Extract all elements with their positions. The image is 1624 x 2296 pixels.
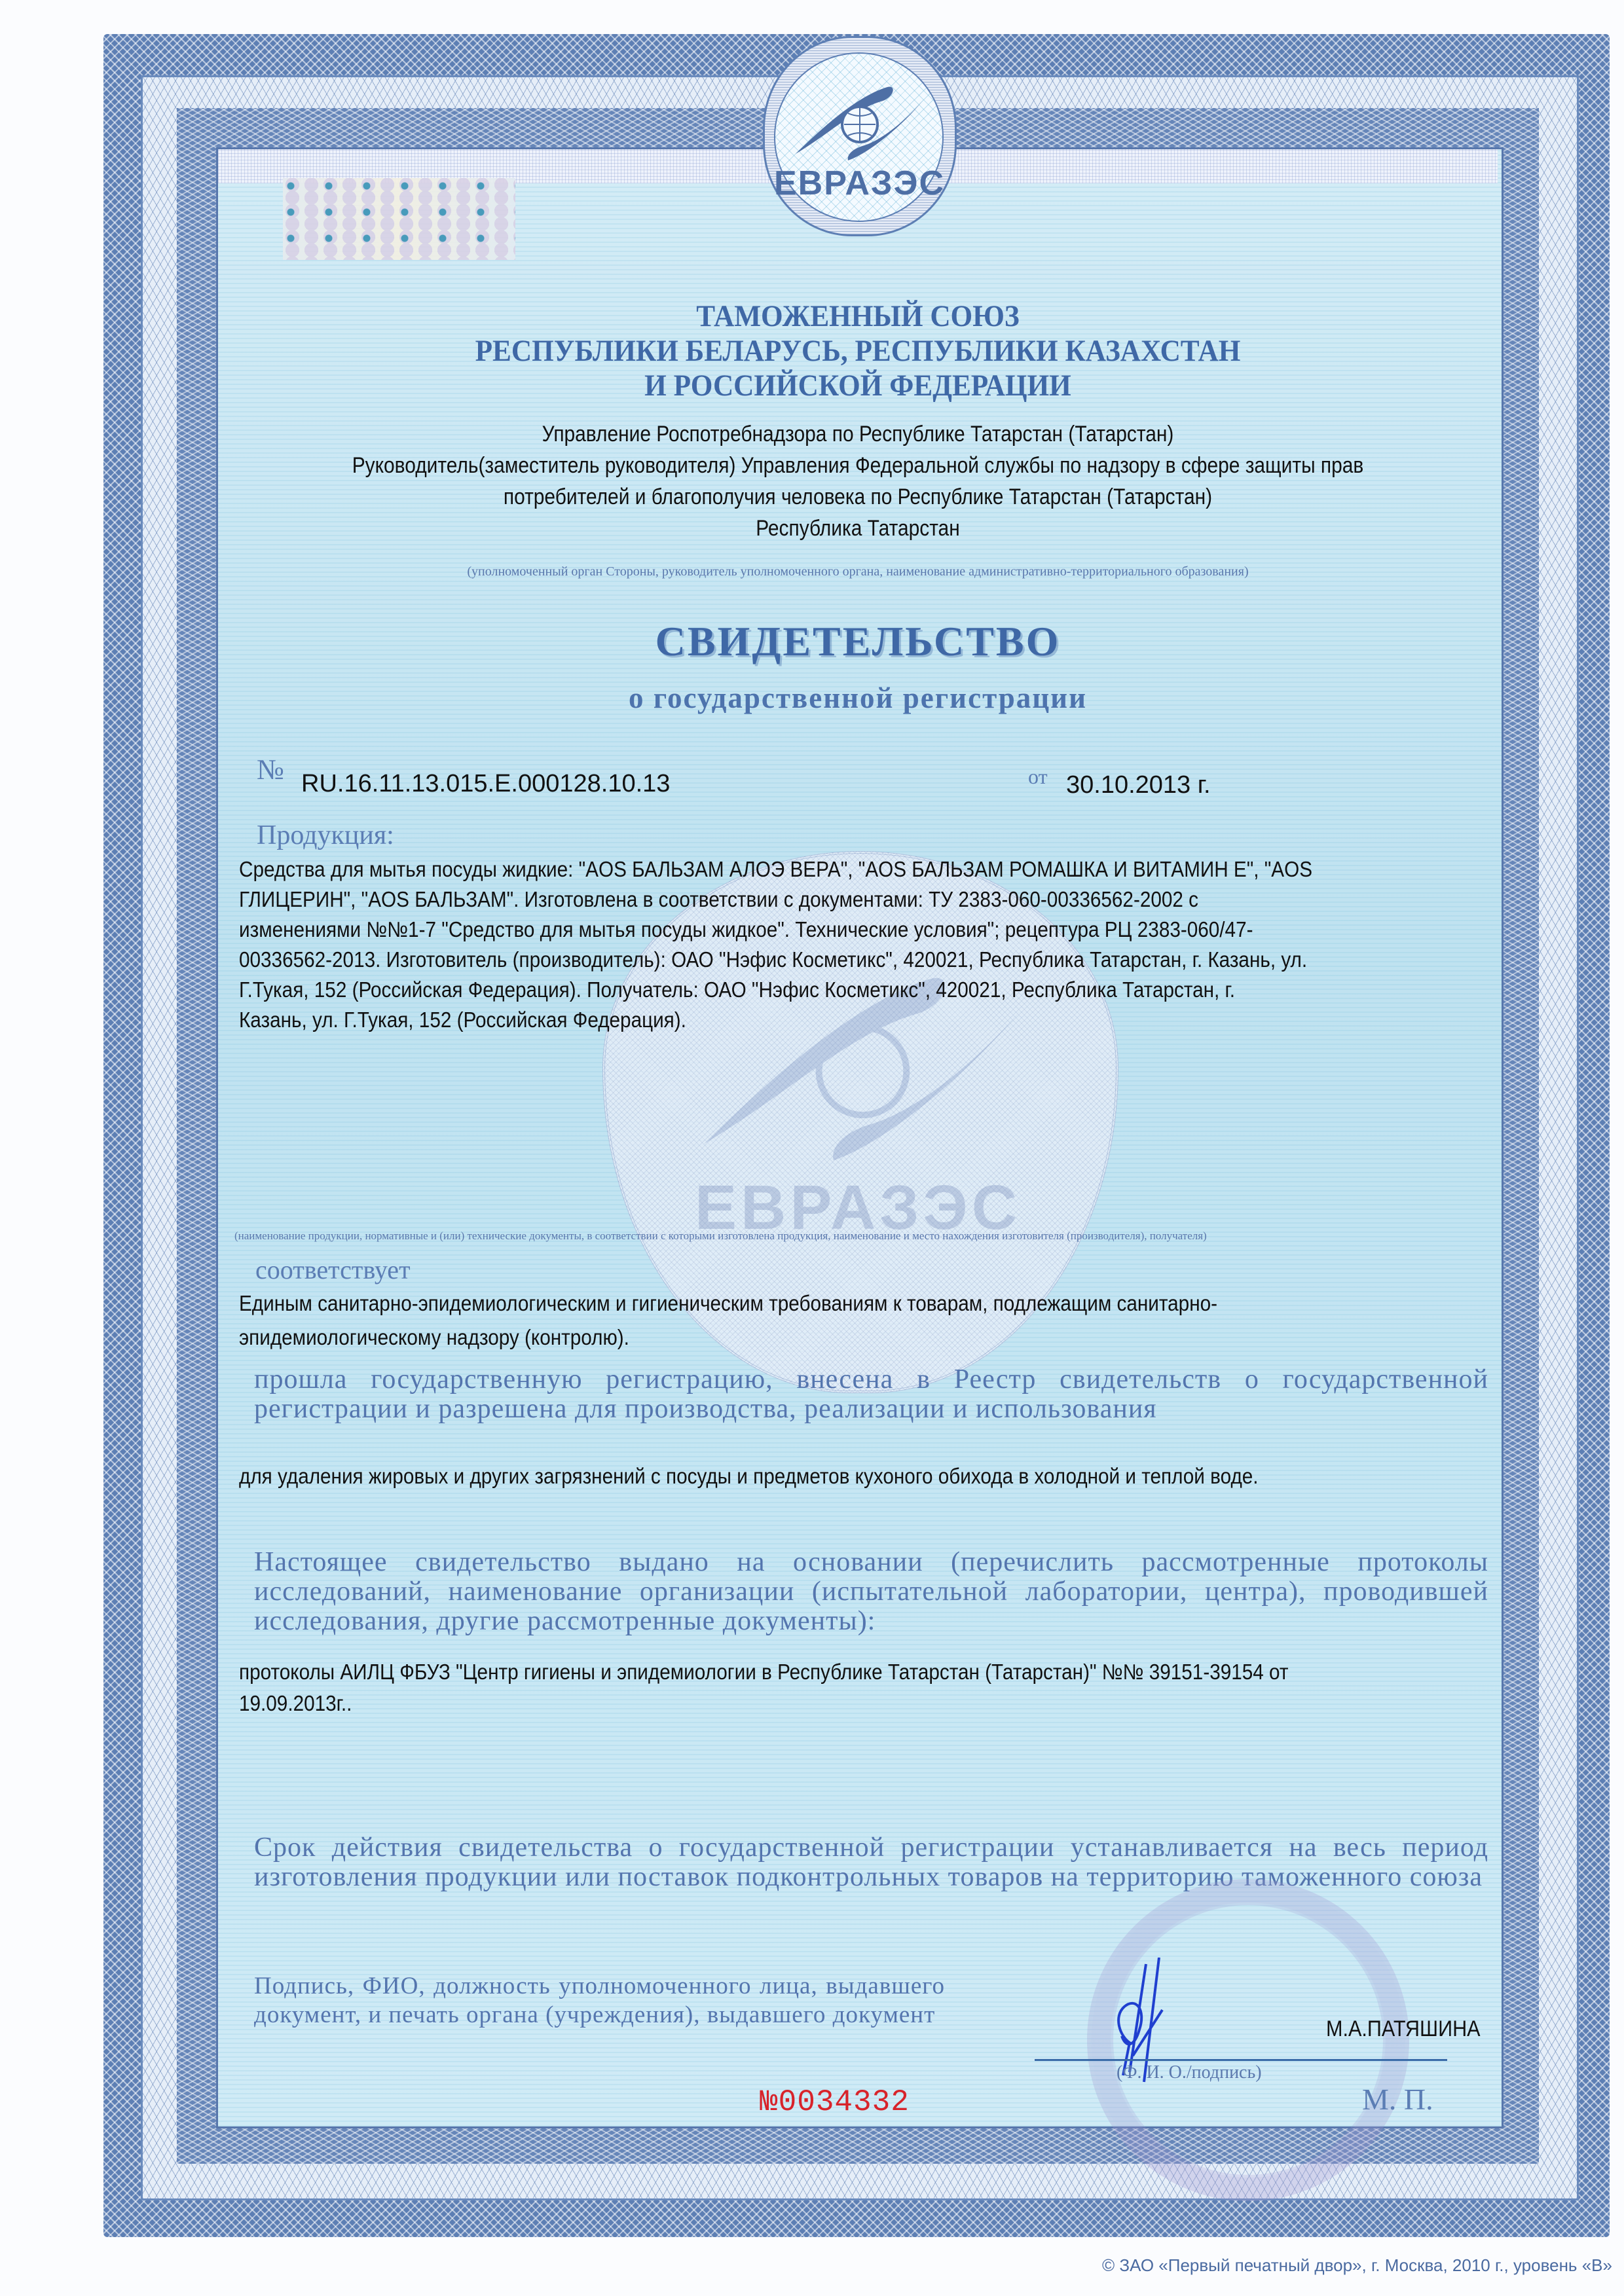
usage-text: для удаления жировых и других загрязнени… xyxy=(239,1461,1477,1491)
authority-line: Управление Роспотребнадзора по Республик… xyxy=(293,419,1423,449)
signer-name: М.А.ПАТЯШИНА xyxy=(1326,2016,1481,2042)
conformity-label: соответствует xyxy=(255,1254,411,1285)
product-line: Казань, ул. Г.Тукая, 152 (Российская Фед… xyxy=(239,1005,1477,1035)
hologram-sticker xyxy=(283,178,515,260)
certificate-number: RU.16.11.13.015.E.000128.10.13 xyxy=(301,770,670,798)
eurasec-logo-icon xyxy=(789,82,927,164)
product-line: 00336562-2013. Изготовитель (производите… xyxy=(239,945,1477,975)
form-serial-number: №0034332 xyxy=(760,2085,910,2119)
authority-line: потребителей и благополучия человека по … xyxy=(293,482,1423,512)
signature-caption: Подпись, ФИО, должность уполномоченного … xyxy=(254,1972,945,2030)
registration-statement: прошла государственную регистрацию, внес… xyxy=(254,1365,1488,1424)
authority-line: Республика Татарстан xyxy=(293,513,1423,543)
signature-line xyxy=(1035,2059,1447,2061)
date-label: от xyxy=(1028,765,1048,789)
authority-line: Руководитель(заместитель руководителя) У… xyxy=(293,450,1423,481)
printer-copyright: © ЗАО «Первый печатный двор», г. Москва,… xyxy=(1102,2255,1612,2276)
seal-placement-label: М. П. xyxy=(1362,2082,1433,2117)
product-line: изменениями №№1-7 "Средство для мытья по… xyxy=(239,915,1477,945)
authority-caption: (уполномоченный орган Стороны, руководит… xyxy=(216,564,1500,579)
union-title-line1: ТАМОЖЕННЫЙ СОЮЗ xyxy=(267,300,1448,333)
number-label: № xyxy=(257,753,284,786)
product-line: Средства для мытья посуды жидкие: "AOS Б… xyxy=(239,854,1477,884)
conformity-text: Единым санитарно-эпидемиологическим и ги… xyxy=(239,1286,1477,1355)
basis-documents: протоколы АИЛЦ ФБУЗ "Центр гигиены и эпи… xyxy=(239,1656,1477,1719)
conformity-line: Единым санитарно-эпидемиологическим и ги… xyxy=(239,1286,1477,1321)
basis-statement: Настоящее свидетельство выдано на основа… xyxy=(254,1548,1488,1636)
product-caption: (наименование продукции, нормативные и (… xyxy=(234,1230,1505,1243)
product-label: Продукция: xyxy=(257,820,394,851)
document-title: СВИДЕТЕЛЬСТВО xyxy=(216,617,1500,666)
signature-line-caption: (Ф. И. О./подпись) xyxy=(1116,2062,1262,2083)
conformity-line: эпидемиологическому надзору (контролю). xyxy=(239,1321,1477,1355)
basis-line: протоколы АИЛЦ ФБУЗ "Центр гигиены и эпи… xyxy=(239,1656,1477,1688)
union-title-line2: РЕСПУБЛИКИ БЕЛАРУСЬ, РЕСПУБЛИКИ КАЗАХСТА… xyxy=(267,335,1448,368)
product-line: ГЛИЦЕРИН", "AOS БАЛЬЗАМ". Изготовлена в … xyxy=(239,884,1477,915)
union-title-line3: И РОССИЙСКОЙ ФЕДЕРАЦИИ xyxy=(267,369,1448,403)
document-subtitle: о государственной регистрации xyxy=(216,681,1500,715)
product-description: Средства для мытья посуды жидкие: "AOS Б… xyxy=(239,854,1477,1035)
basis-line: 19.09.2013г.. xyxy=(239,1688,1477,1719)
validity-statement: Срок действия свидетельства о государств… xyxy=(254,1833,1488,1892)
product-line: Г.Тукая, 152 (Российская Федерация). Пол… xyxy=(239,975,1477,1005)
certificate-date: 30.10.2013 г. xyxy=(1066,771,1211,799)
emblem-label: ЕВРАЗЭС xyxy=(774,164,941,203)
